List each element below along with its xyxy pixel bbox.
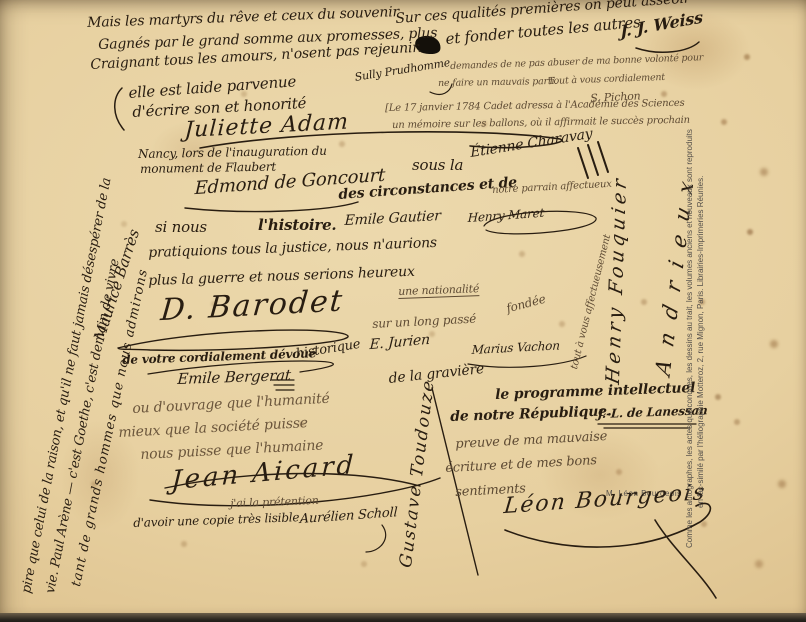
autograph-emile-bergerat: Emile Bergerat: [177, 368, 291, 387]
printers-side-note-line1: Comme les autographes, les actes quelcon…: [684, 78, 695, 548]
printers-side-note-line2: en fac-similé par l'héliographie Mottero…: [695, 78, 706, 508]
note-pretention: j'ai la prétention: [230, 495, 319, 509]
elle-bracket: [115, 88, 124, 130]
note-histoire: l'histoire.: [258, 218, 336, 233]
note-pichon-2: ne faire un mauvais parti.: [438, 77, 557, 89]
lanessan-underline: [598, 424, 696, 428]
note-si-nous: si nous: [155, 220, 207, 235]
goncourt-paraph: [185, 202, 358, 212]
scholl-paraph: [366, 525, 386, 552]
note-sous-la: sous la: [412, 158, 463, 173]
weiss-paraph: [636, 42, 699, 52]
note-nancy-1: Nancy, lors de l'inauguration du: [138, 145, 327, 160]
charavay-paraph: [578, 142, 608, 178]
scan-edge-band: [0, 613, 806, 622]
vachon-underline: [468, 356, 586, 367]
printers-side-note: Comme les autographes, les actes quelcon…: [684, 78, 706, 548]
scanned-autograph-page: Mais les martyrs du rêve et ceux du souv…: [0, 0, 806, 622]
